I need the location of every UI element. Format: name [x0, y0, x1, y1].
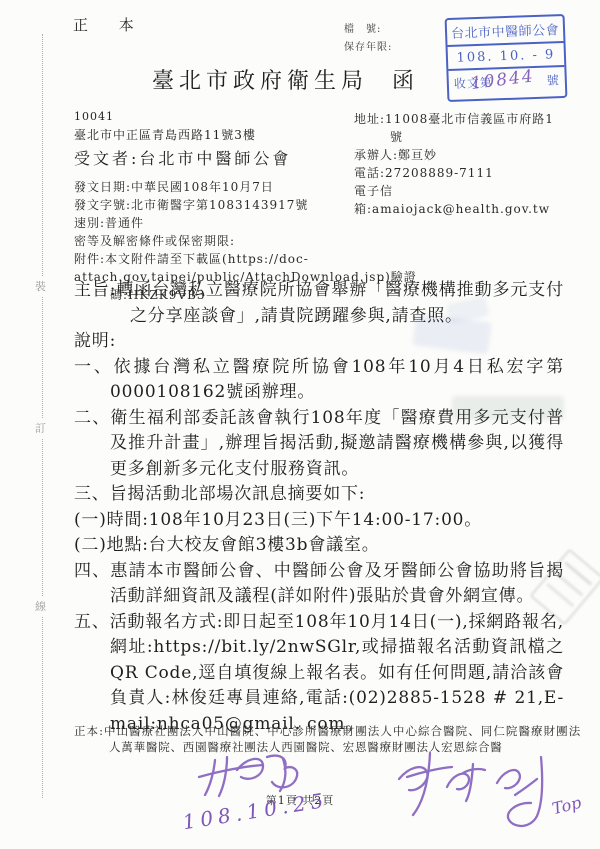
file-number-label: 檔 號: — [344, 20, 381, 35]
stamp-org-name: 台北市中醫師公會 — [447, 16, 564, 47]
item-text: 旨揭活動北部場次訊息摘要如下: — [110, 484, 366, 504]
item-number: 五、 — [74, 612, 110, 632]
binding-mark-ding: 訂 — [34, 418, 47, 438]
item-number: 三、 — [74, 484, 110, 504]
item-number: 二、 — [74, 408, 110, 428]
item-text: 惠請本市醫師公會、中醫師公會及牙醫師公會協助將旨揭活動詳細資訊及議程(詳如附件)… — [110, 561, 564, 607]
binding-mark-xian: 線 — [34, 596, 47, 616]
body-item-2: 二、衛生福利部委託該會執行108年度「醫療費用多元支付普及推升計畫」,辦理旨揭活… — [74, 406, 564, 483]
copies-label: 正本: — [74, 724, 104, 738]
item-text: 地點:台大校友會館3樓3b會議室。 — [107, 535, 380, 555]
copies-text: 中山醫療社團法人中山醫院、中心診所醫療財團法人中心綜合醫院、同仁院醫療財團法人萬… — [104, 724, 581, 754]
body-item-4: 四、惠請本市醫師公會、中醫師公會及牙醫師公會協助將旨揭活動詳細資訊及議程(詳如附… — [74, 559, 564, 610]
contact-phone: 電話:27208889-7111 — [354, 164, 584, 182]
letter-body: 主旨:轉函台灣私立醫療院所協會舉辦「醫療機構推動多元支付之分享座談會」,請貴院踴… — [74, 278, 564, 737]
description-label: 說明: — [74, 329, 564, 355]
item-text: 活動報名方式:即日起至108年10月14日(一),採網路報名,網址:https:… — [110, 612, 564, 734]
body-item-3: 三、旨揭活動北部場次訊息摘要如下: — [74, 482, 564, 508]
signature-left — [199, 756, 297, 796]
item-number: 四、 — [74, 561, 110, 581]
item-text: 時間:108年10月23日(三)下午14:00-17:00。 — [107, 510, 482, 530]
body-subitem-2: (二)地點:台大校友會館3樓3b會議室。 — [74, 533, 564, 559]
subject-paragraph: 主旨:轉函台灣私立醫療院所協會舉辦「醫療機構推動多元支付之分享座談會」,請貴院踴… — [74, 278, 564, 329]
subject-label: 主旨: — [74, 280, 116, 300]
contact-email: 電子信箱:amaiojack@health.gov.tw — [354, 182, 584, 218]
security-class: 密等及解密條件或保密期限: — [74, 232, 374, 250]
binding-dotted-line — [42, 34, 43, 798]
retention-period-label: 保存年限: — [344, 38, 392, 53]
issue-date: 發文日期:中華民國108年10月7日 — [74, 178, 374, 196]
contact-person: 承辦人:鄭亘妙 — [354, 146, 584, 164]
recipient-address: 臺北市中正區青島西路11號3樓 — [74, 126, 256, 143]
document-meta: 發文日期:中華民國108年10月7日 發文字號:北市衛醫字第1083143917… — [74, 178, 374, 250]
recipient-zip: 10041 — [74, 110, 114, 123]
body-subitem-1: (一)時間:108年10月23日(三)下午14:00-17:00。 — [74, 508, 564, 534]
binding-mark-zhuang: 裝 — [34, 276, 47, 296]
sender-contact: 地址:11008臺北市信義區市府路1 號 承辦人:鄭亘妙 電話:27208889… — [354, 110, 584, 218]
speed-class: 速別:普通件 — [74, 214, 374, 232]
body-item-1: 一、依據台灣私立醫療院所協會108年10月4日私宏字第0000108162號函辦… — [74, 355, 564, 406]
sender-address-line2: 號 — [354, 128, 584, 146]
issuing-agency: 臺北市政府衛生局 — [152, 69, 368, 94]
copies-distribution: 正本:中山醫療社團法人中山醫院、中心診所醫療財團法人中心綜合醫院、同仁院醫療財團… — [74, 724, 581, 755]
scanned-official-letter: 裝 訂 線 正 本 檔 號: 保存年限: 台北市中醫師公會 108. 10. -… — [0, 0, 600, 849]
document-type: 函 — [392, 69, 414, 94]
sender-address-line1: 地址:11008臺北市信義區市府路1 — [354, 110, 584, 128]
subject-text: 轉函台灣私立醫療院所協會舉辦「醫療機構推動多元支付之分享座談會」,請貴院踴躍參與… — [116, 280, 564, 326]
issue-number: 發文字號:北市衛醫字第1083143917號 — [74, 196, 374, 214]
document-title: 臺北市政府衛生局函 — [0, 64, 566, 95]
item-number: 一、 — [74, 357, 114, 377]
item-text: 依據台灣私立醫療院所協會108年10月4日私宏字第0000108162號函辦理。 — [110, 357, 564, 403]
recipient-line: 受文者:台北市中醫師公會 — [74, 146, 291, 169]
item-number: (二) — [74, 535, 107, 555]
item-number: (一) — [74, 510, 107, 530]
item-text: 衛生福利部委託該會執行108年度「醫療費用多元支付普及推升計畫」,辦理旨揭活動,… — [110, 408, 564, 479]
body-item-5: 五、活動報名方式:即日起至108年10月14日(一),採網路報名,網址:http… — [74, 610, 564, 738]
copy-type-label: 正 本 — [73, 14, 147, 35]
signature-right — [399, 753, 542, 826]
